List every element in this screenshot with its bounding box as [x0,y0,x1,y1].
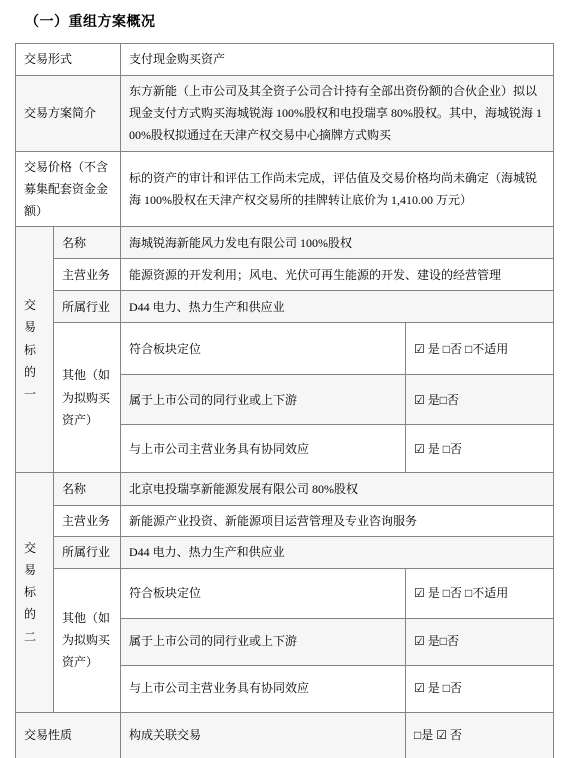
nature-label: 交易性质 [16,712,121,758]
target1-item2-text: 属于上市公司的同行业或上下游 [121,375,406,425]
target2-item1-checkboxes: ☑ 是 □否 □不适用 [406,568,554,618]
target1-business-value: 能源资源的开发利用；风电、光伏可再生能源的开发、建设的经营管理 [121,259,554,291]
table-row: 其他（如为拟购买资产） 符合板块定位 ☑ 是 □否 □不适用 [16,568,554,618]
table-row: 交易性质 构成关联交易 □是 ☑ 否 [16,712,554,758]
price-value: 标的资产的审计和评估工作尚未完成，评估值及交易价格均尚未确定（海城锐海 100%… [121,151,554,227]
table-row: 主营业务 新能源产业投资、新能源项目运营管理及专业咨询服务 [16,506,554,537]
target2-industry-label: 所属行业 [54,537,121,568]
restructuring-overview-table: 交易形式 支付现金购买资产 交易方案简介 东方新能（上市公司及其全资子公司合计持… [15,43,554,758]
target2-item3-text: 与上市公司主营业务具有协同效应 [121,665,406,712]
plan-summary-label: 交易方案简介 [16,76,121,152]
target1-item1-checkboxes: ☑ 是 □否 □不适用 [406,323,554,375]
target2-item2-text: 属于上市公司的同行业或上下游 [121,618,406,665]
target1-item3-text: 与上市公司主营业务具有协同效应 [121,425,406,473]
target2-item1-text: 符合板块定位 [121,568,406,618]
table-row: 交易标的一 名称 海城锐海新能风力发电有限公司 100%股权 [16,227,554,259]
table-row: 交易方案简介 东方新能（上市公司及其全资子公司合计持有全部出资份额的合伙企业）拟… [16,76,554,152]
target1-item3-checkboxes: ☑ 是 □否 [406,425,554,473]
document-page: （一）重组方案概况 交易形式 支付现金购买资产 交易方案简介 东方新能（上市公司… [0,0,567,758]
target1-business-label: 主营业务 [54,259,121,291]
table-row: 交易形式 支付现金购买资产 [16,44,554,76]
target1-other-label: 其他（如为拟购买资产） [54,323,121,473]
table-row: 交易标的二 名称 北京电投瑞享新能源发展有限公司 80%股权 [16,473,554,506]
page-title: （一）重组方案概况 [25,11,156,31]
table-row: 其他（如为拟购买资产） 符合板块定位 ☑ 是 □否 □不适用 [16,323,554,375]
table-row: 所属行业 D44 电力、热力生产和供应业 [16,537,554,568]
target2-other-label: 其他（如为拟购买资产） [54,568,121,712]
target1-name-value: 海城锐海新能风力发电有限公司 100%股权 [121,227,554,259]
target1-industry-label: 所属行业 [54,291,121,323]
table-row: 所属行业 D44 电力、热力生产和供应业 [16,291,554,323]
price-label: 交易价格（不含募集配套资金金额） [16,151,121,227]
nature-item: 构成关联交易 [121,712,406,758]
plan-summary-value: 东方新能（上市公司及其全资子公司合计持有全部出资份额的合伙企业）拟以现金支付方式… [121,76,554,152]
target2-business-value: 新能源产业投资、新能源项目运营管理及专业咨询服务 [121,506,554,537]
target2-business-label: 主营业务 [54,506,121,537]
target1-name-label: 名称 [54,227,121,259]
nature-checkboxes: □是 ☑ 否 [406,712,554,758]
target1-group-label: 交易标的一 [16,227,54,473]
transaction-form-value: 支付现金购买资产 [121,44,554,76]
target2-item3-checkboxes: ☑ 是 □否 [406,665,554,712]
target2-item2-checkboxes: ☑ 是□否 [406,618,554,665]
target2-name-value: 北京电投瑞享新能源发展有限公司 80%股权 [121,473,554,506]
transaction-form-label: 交易形式 [16,44,121,76]
target1-industry-value: D44 电力、热力生产和供应业 [121,291,554,323]
table-row: 交易价格（不含募集配套资金金额） 标的资产的审计和评估工作尚未完成，评估值及交易… [16,151,554,227]
target2-group-label: 交易标的二 [16,473,54,712]
target1-item2-checkboxes: ☑ 是□否 [406,375,554,425]
target1-item1-text: 符合板块定位 [121,323,406,375]
target2-industry-value: D44 电力、热力生产和供应业 [121,537,554,568]
table-row: 主营业务 能源资源的开发利用；风电、光伏可再生能源的开发、建设的经营管理 [16,259,554,291]
target2-name-label: 名称 [54,473,121,506]
